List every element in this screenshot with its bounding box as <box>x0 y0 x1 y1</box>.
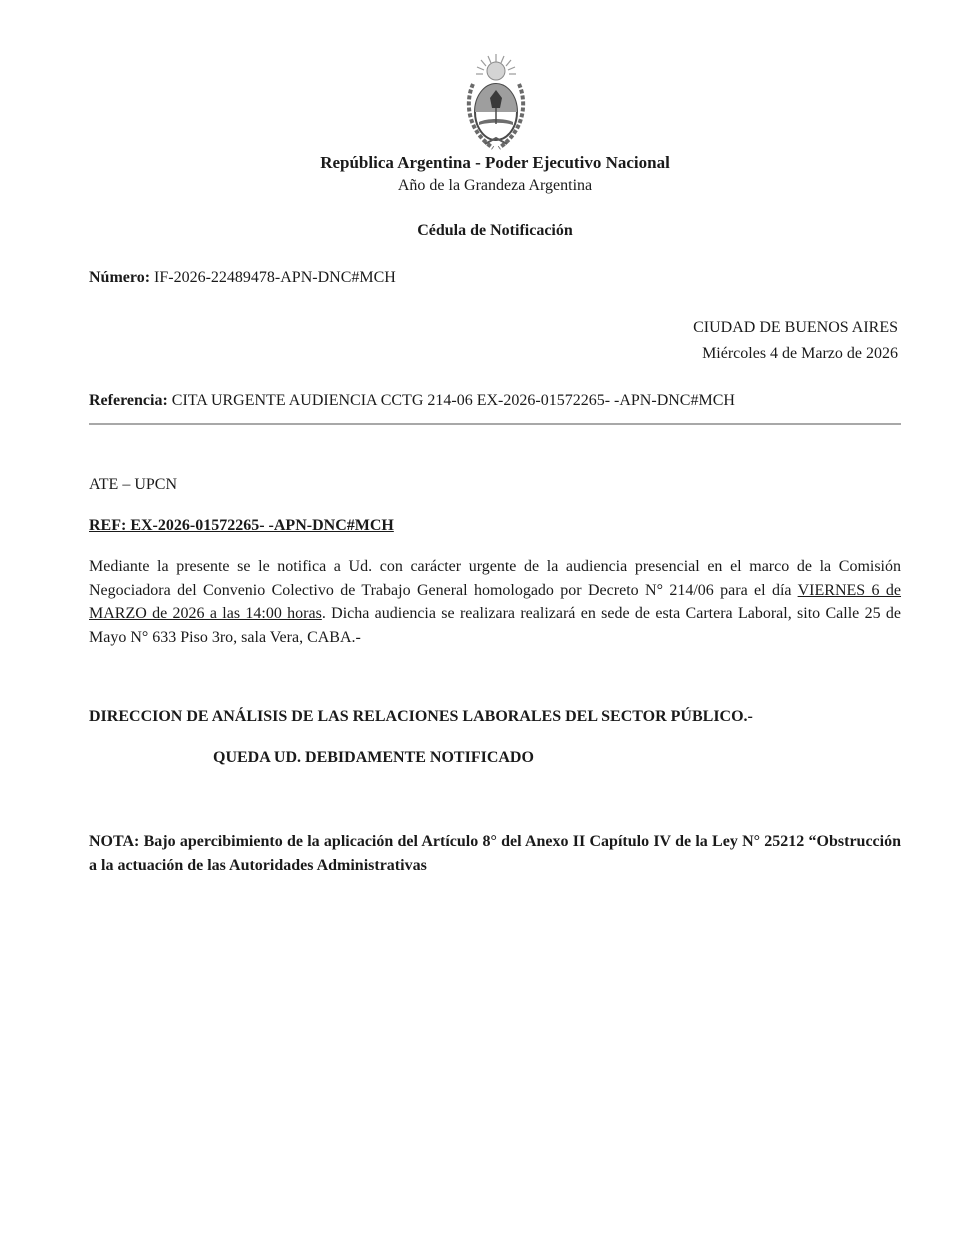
government-header-title: República Argentina - Poder Ejecutivo Na… <box>0 153 954 173</box>
year-motto: Año de la Grandeza Argentina <box>0 177 954 195</box>
document-number-value: IF-2026-22489478-APN-DNC#MCH <box>154 269 396 286</box>
reference-value: CITA URGENTE AUDIENCIA CCTG 214-06 EX-20… <box>172 392 735 409</box>
recipient: ATE – UPCN <box>89 476 177 494</box>
note-text: : Bajo apercibimiento de la aplicación d… <box>89 833 901 874</box>
notification-body: Mediante la presente se le notifica a Ud… <box>89 555 901 649</box>
reference: Referencia: CITA URGENTE AUDIENCIA CCTG … <box>89 392 735 410</box>
issuing-directorate: DIRECCION DE ANÁLISIS DE LAS RELACIONES … <box>89 708 753 726</box>
reference-label: Referencia: <box>89 392 168 409</box>
document-number-label: Número: <box>89 269 150 286</box>
document-type-title: Cédula de Notificación <box>0 222 954 240</box>
document-number: Número: IF-2026-22489478-APN-DNC#MCH <box>89 269 396 287</box>
notified-statement: QUEDA UD. DEBIDAMENTE NOTIFICADO <box>213 749 534 767</box>
argentina-coat-of-arms-icon <box>463 52 529 152</box>
city: CIUDAD DE BUENOS AIRES <box>693 319 898 337</box>
divider <box>89 423 901 425</box>
body-text-1: Mediante la presente se le notifica a Ud… <box>89 558 901 599</box>
document-date: Miércoles 4 de Marzo de 2026 <box>702 345 898 363</box>
note-label: NOTA <box>89 833 134 850</box>
note: NOTA: Bajo apercibimiento de la aplicaci… <box>89 830 901 877</box>
ref-line: REF: EX-2026-01572265- -APN-DNC#MCH <box>89 517 394 535</box>
document-page: República Argentina - Poder Ejecutivo Na… <box>0 0 954 1236</box>
